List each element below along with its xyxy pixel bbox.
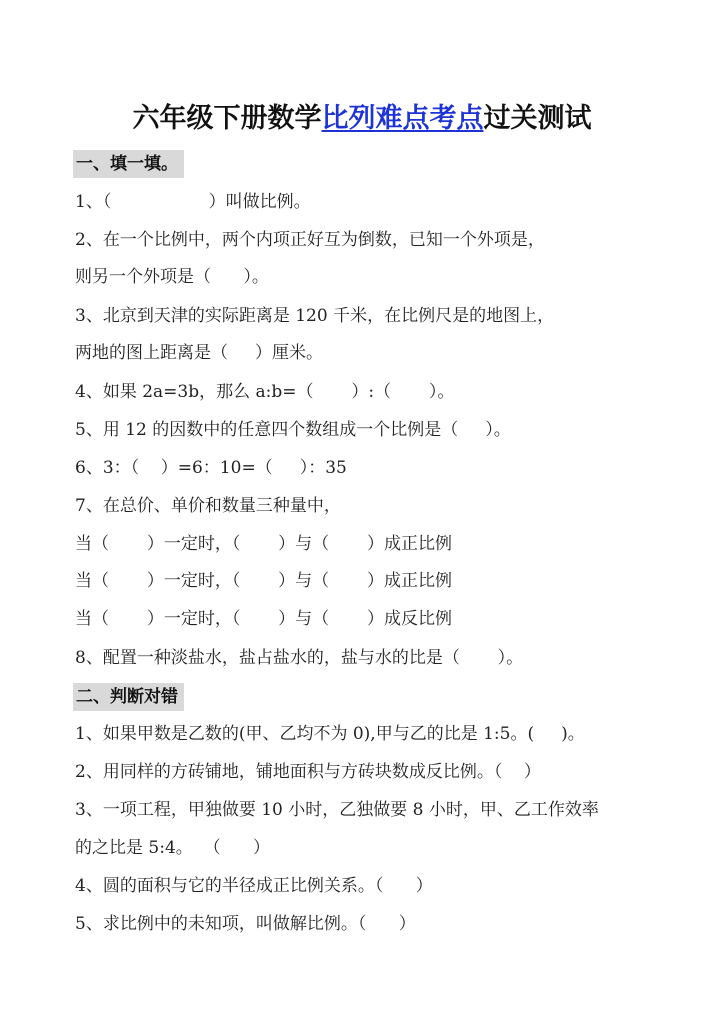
- title-highlight: 比列难点考点: [322, 103, 484, 134]
- question-line: 的之比是 5:4。 （ ）: [75, 836, 270, 860]
- question-line: 5、求比例中的未知项，叫做解比例。（ ）: [75, 912, 416, 936]
- question-line: 当（ ）一定时，（ ）与（ ）成正比例: [75, 569, 452, 593]
- question-line: 6、3：（ ）=6：10=（ ）：35: [75, 456, 347, 480]
- question-line: 3、北京到天津的实际距离是 120 千米，在比例尺是的地图上，: [75, 304, 554, 328]
- question-line: 4、如果 2a=3b，那么 a:b=（ ）:（ ）。: [75, 380, 454, 404]
- section-heading-fill-in: 一、填一填。: [73, 150, 184, 178]
- question-line: 3、一项工程，甲独做要 10 小时，乙独做要 8 小时，甲、乙工作效率: [75, 798, 599, 822]
- question-line: 2、用同样的方砖铺地，铺地面积与方砖块数成反比例。（ ）: [75, 760, 541, 784]
- question-line: 8、配置一种淡盐水，盐占盐水的，盐与水的比是（ ）。: [75, 646, 523, 670]
- question-line: 1、如果甲数是乙数的(甲、乙均不为 0),甲与乙的比是 1:5。( )。: [75, 722, 585, 746]
- title-suffix: 过关测试: [484, 103, 592, 134]
- question-line: 则另一个外项是（ ）。: [75, 265, 269, 289]
- question-line: 当（ ）一定时，（ ）与（ ）成正比例: [75, 532, 452, 556]
- question-line: 5、用 12 的因数中的任意四个数组成一个比例是（ ）。: [75, 418, 511, 442]
- question-line: 4、圆的面积与它的半径成正比例关系。（ ）: [75, 874, 433, 898]
- question-line: 1、（ ）叫做比例。: [75, 190, 311, 214]
- question-line: 当（ ）一定时，（ ）与（ ）成反比例: [75, 607, 452, 631]
- section-heading-true-false: 二、判断对错: [73, 683, 184, 711]
- title-prefix: 六年级下册数学: [133, 103, 322, 134]
- question-line: 7、在总价、单价和数量三种量中，: [75, 494, 341, 518]
- question-line: 2、在一个比例中，两个内项正好互为倒数，已知一个外项是，: [75, 228, 545, 252]
- question-line: 两地的图上距离是（ ）厘米。: [75, 341, 323, 365]
- page-title: 六年级下册数学比列难点考点过关测试: [0, 96, 724, 135]
